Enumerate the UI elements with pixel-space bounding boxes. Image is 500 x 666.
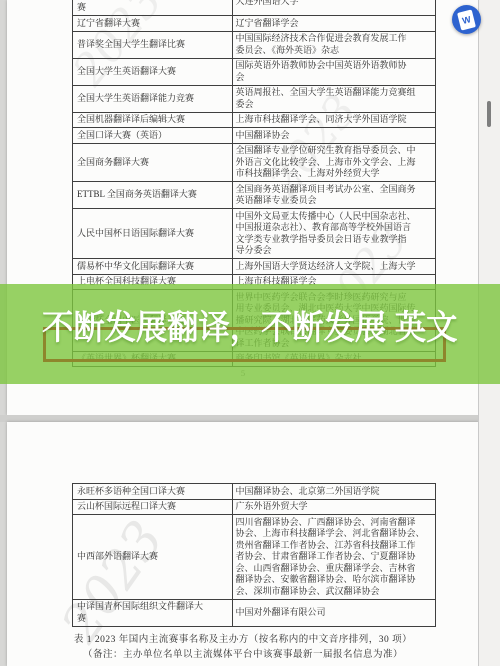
competition-name-cell: 理解当代中国多语种国际翻译大 赛 xyxy=(73,0,233,16)
organizer-cell: 中国国际经济技术合作促进会教育发展工作 委员会、《海外英语》杂志 xyxy=(233,31,436,58)
organizer-cell: 大连外国语大学 xyxy=(233,0,436,16)
table-row: 全国口译大赛（英语）中国翻译协会 xyxy=(73,128,436,144)
competition-name-cell: 全国大学生英语翻译能力竞赛 xyxy=(73,85,233,112)
table-row: 云山杯国际远程口译大赛广东外语外贸大学 xyxy=(73,499,436,515)
organizer-cell: 全国商务英语翻译项目考试办公室、全国商务 英语翻译专业委员会 xyxy=(233,182,436,209)
word-doc-icon[interactable]: W xyxy=(452,5,481,34)
document-viewer: 2023 2023 2023 理解当代中国多语种国际翻译大 赛大连外国语大学辽宁… xyxy=(0,0,500,666)
competition-name-cell: 中西部外语翻译大赛 xyxy=(73,515,233,600)
competition-name-cell: 云山杯国际远程口译大赛 xyxy=(73,499,233,515)
organizer-cell: 辽宁省翻译学会 xyxy=(233,16,436,32)
competitions-table-page2: 永旺杯多语种全国口译大赛中国翻译协会、北京第二外国语学院云山杯国际远程口译大赛广… xyxy=(72,483,436,627)
green-overlay-banner: 不断发展翻译，不断发展 英文 xyxy=(0,284,500,384)
organizer-cell: 中国翻译协会 xyxy=(233,128,436,144)
banner-caption: 不断发展翻译，不断发展 英文 xyxy=(42,300,457,349)
competition-name-cell: 全国商务翻译大赛 xyxy=(73,143,233,182)
competition-name-cell: 中译国青杯国际组织文件翻译大 赛 xyxy=(73,599,233,626)
table-row: 全国商务翻译大赛全国翻译专业学位研究生教育指导委员会、中 外语言文化比较学会、上… xyxy=(73,143,436,182)
table-row: 中西部外语翻译大赛四川省翻译协会、广西翻译协会、河南省翻译 协会、上海市科技翻译… xyxy=(73,515,436,600)
table-row: 儒易杯中华文化国际翻译大赛上海外国语大学贤达经济人文学院、上海大学 xyxy=(73,259,436,275)
competition-name-cell: 全国机器翻译译后编辑大赛 xyxy=(73,112,233,128)
table-row: 人民中国杯日语国际翻译大赛中国外文局亚太传播中心（人民中国杂志社、 中国报道杂志… xyxy=(73,209,436,259)
organizer-cell: 中国翻译协会、北京第二外国语学院 xyxy=(233,484,436,500)
table-caption: 表 1 2023 年国内主流赛事名称及主办方（按名称内的中文音序排列，30 项） xyxy=(7,631,479,645)
organizer-cell: 中国对外翻译有限公司 xyxy=(233,599,436,626)
table-row: 全国大学生英语翻译大赛国际英语外语教师协会中国英语外语教师协 会 xyxy=(73,58,436,85)
table-row: 全国机器翻译译后编辑大赛上海市科技翻译学会、同济大学外国语学院 xyxy=(73,112,436,128)
competition-name-cell: 永旺杯多语种全国口译大赛 xyxy=(73,484,233,500)
page-break xyxy=(0,415,500,422)
competition-name-cell: ETTBL 全国商务英语翻译大赛 xyxy=(73,182,233,209)
table-row: 普译奖全国大学生翻译比赛中国国际经济技术合作促进会教育发展工作 委员会、《海外英… xyxy=(73,31,436,58)
table-row: ETTBL 全国商务英语翻译大赛全国商务英语翻译项目考试办公室、全国商务 英语翻… xyxy=(73,182,436,209)
table-row: 永旺杯多语种全国口译大赛中国翻译协会、北京第二外国语学院 xyxy=(73,484,436,500)
organizer-cell: 四川省翻译协会、广西翻译协会、河南省翻译 协会、上海市科技翻译学会、河北省翻译协… xyxy=(233,515,436,600)
scrollbar-thumb[interactable] xyxy=(487,101,491,127)
table-row: 辽宁省翻译大赛辽宁省翻译学会 xyxy=(73,16,436,32)
table-row: 全国大学生英语翻译能力竞赛英语周报社、全国大学生英语翻译能力竞赛组 委会 xyxy=(73,85,436,112)
organizer-cell: 上海外国语大学贤达经济人文学院、上海大学 xyxy=(233,259,436,275)
table-caption-note: （备注：主办单位名单以主流媒体平台中该赛事最新一届报名信息为准） xyxy=(7,646,479,660)
organizer-cell: 上海市科技翻译学会、同济大学外国语学院 xyxy=(233,112,436,128)
word-doc-sheet-icon: W xyxy=(457,9,476,30)
organizer-cell: 英语周报社、全国大学生英语翻译能力竞赛组 委会 xyxy=(233,85,436,112)
competition-name-cell: 辽宁省翻译大赛 xyxy=(73,16,233,32)
competition-name-cell: 全国大学生英语翻译大赛 xyxy=(73,58,233,85)
table-row: 中译国青杯国际组织文件翻译大 赛中国对外翻译有限公司 xyxy=(73,599,436,626)
organizer-cell: 全国翻译专业学位研究生教育指导委员会、中 外语言文化比较学会、上海市外文学会、上… xyxy=(233,143,436,182)
document-page-2: 2023 永旺杯多语种全国口译大赛中国翻译协会、北京第二外国语学院云山杯国际远程… xyxy=(7,422,479,666)
organizer-cell: 广东外语外贸大学 xyxy=(233,499,436,515)
competition-name-cell: 普译奖全国大学生翻译比赛 xyxy=(73,31,233,58)
organizer-cell: 中国外文局亚太传播中心（人民中国杂志社、 中国报道杂志社）、教育部高等学校外国语… xyxy=(233,209,436,259)
competition-name-cell: 儒易杯中华文化国际翻译大赛 xyxy=(73,259,233,275)
organizer-cell: 国际英语外语教师协会中国英语外语教师协 会 xyxy=(233,58,436,85)
word-doc-letter: W xyxy=(461,14,472,26)
table-row: 理解当代中国多语种国际翻译大 赛大连外国语大学 xyxy=(73,0,436,16)
competition-name-cell: 全国口译大赛（英语） xyxy=(73,128,233,144)
competition-name-cell: 人民中国杯日语国际翻译大赛 xyxy=(73,209,233,259)
